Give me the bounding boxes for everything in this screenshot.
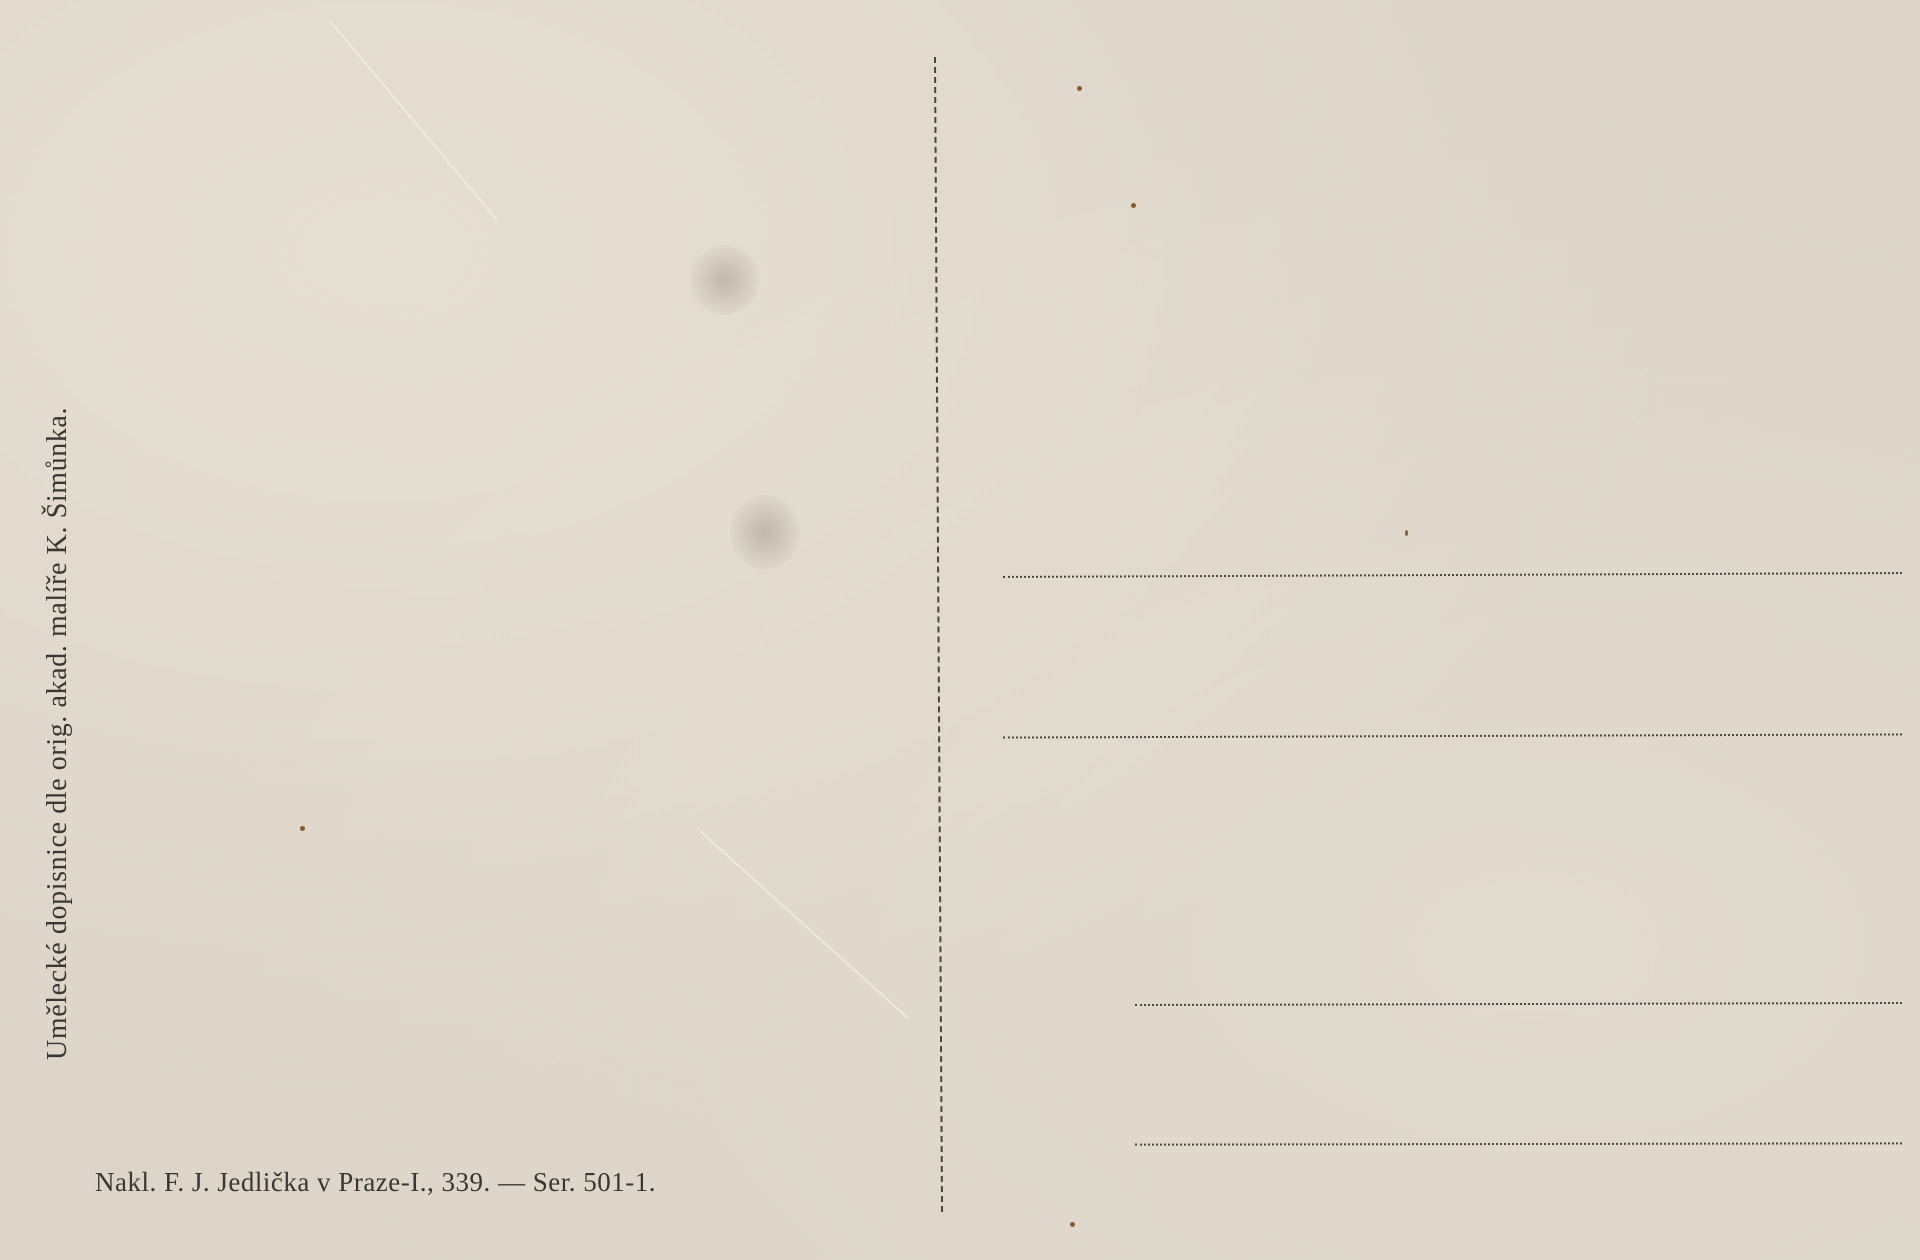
postcard-back: Umělecké dopisnice dle orig. akad. malíř…	[0, 0, 1920, 1260]
address-line-4	[1135, 1142, 1902, 1145]
vertical-caption: Umělecké dopisnice dle orig. akad. malíř…	[42, 407, 74, 1060]
address-line-3	[1135, 1002, 1902, 1006]
address-line-1	[1003, 572, 1902, 578]
stain	[730, 495, 800, 570]
publisher-imprint: Nakl. F. J. Jedlička v Praze-I., 339. — …	[95, 1167, 656, 1198]
speck	[300, 826, 305, 831]
speck	[1070, 1222, 1075, 1227]
stain	[690, 245, 760, 315]
message-address-divider	[934, 57, 943, 1212]
paper-crease	[699, 830, 908, 1019]
speck	[1131, 203, 1136, 208]
speck	[1405, 530, 1408, 536]
speck	[1077, 86, 1082, 91]
paper-crease	[329, 20, 498, 220]
address-line-2	[1003, 733, 1902, 738]
